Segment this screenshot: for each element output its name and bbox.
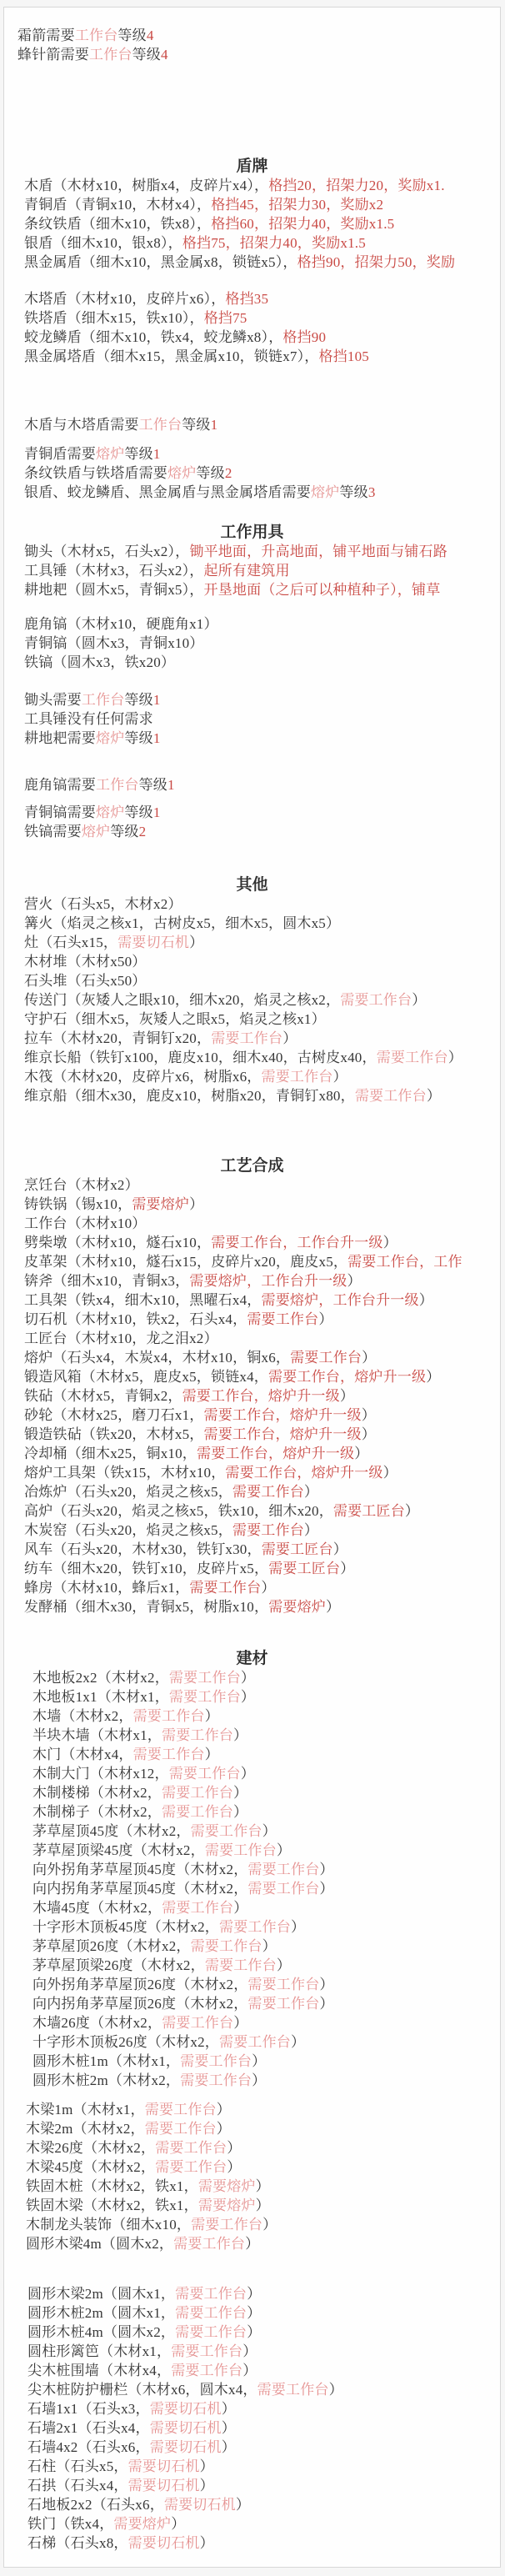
recipe-line: 锛斧（细木x10，青铜x3，需要熔炉，工作台升一级） — [4, 1271, 500, 1291]
recipe-line: 木梁45度（木材x2，需要工作台） — [4, 2158, 500, 2177]
text-segment: 需要工作台 — [232, 1522, 304, 1538]
text-segment: 茅草屋顶梁26度（木材x2， — [32, 1957, 205, 1973]
text-segment: 铁镐需要 — [24, 824, 82, 839]
spacer — [4, 672, 500, 690]
text-segment: 需要工作台 — [211, 1030, 282, 1046]
recipe-line: 鹿角镐需要工作台等级1 — [4, 775, 500, 794]
text-segment: ） — [291, 2034, 305, 2050]
text-segment: 皮革架（木材x10，燧石x15，皮碎片x20，鹿皮x5， — [24, 1254, 347, 1270]
text-segment: ） — [362, 1426, 376, 1442]
text-segment: 需要工作台 — [290, 1350, 362, 1366]
text-segment: 切石机（木材x10，铁x2，石头x4， — [24, 1311, 247, 1327]
spacer — [4, 599, 500, 614]
recipe-line: 工作台（木材x10） — [4, 1214, 500, 1233]
recipe-line: 条纹铁盾与铁塔盾需要熔炉等级2 — [4, 464, 500, 483]
spacer — [4, 64, 500, 157]
text-segment: 熔炉 — [167, 465, 196, 481]
recipe-line: 拉车（木材x20，青铜钉x20，需要工作台） — [4, 1029, 500, 1048]
recipe-line: 青铜镐需要熔炉等级1 — [4, 803, 500, 822]
text-segment: 圆形木梁4m（圆木x2， — [26, 2236, 173, 2252]
recipe-line: 耕地耙需要熔炉等级1 — [4, 729, 500, 748]
text-segment: 2 — [139, 824, 147, 839]
text-segment: 纺车（细木x20，铁钉x10，皮碎片x5， — [24, 1561, 268, 1576]
text-segment: 需要工作台 — [162, 1727, 233, 1743]
text-segment: 木梁26度（木材x2， — [26, 2140, 155, 2156]
text-segment: 圆形木梁2m（圆木x1， — [27, 2286, 175, 2302]
text-segment: 需要工作台 — [340, 992, 412, 1008]
recipe-line: 半块木墙（木材x1，需要工作台） — [4, 1726, 500, 1745]
recipe-line: 木地板1x1（木材x1，需要工作台） — [4, 1687, 500, 1706]
text-segment: 熔炉 — [82, 824, 110, 839]
text-segment: 木地板1x1（木材x1， — [32, 1689, 169, 1705]
text-segment: ） — [233, 1900, 247, 1916]
text-segment: 需要切石机 — [117, 935, 189, 950]
text-segment: 半块木墙（木材x1， — [32, 1727, 162, 1743]
text-segment: 圆形木桩2m（木材x2， — [32, 2072, 180, 2088]
text-segment: 木门（木材x4， — [32, 1747, 133, 1762]
text-segment: 需要工匠台 — [262, 1541, 333, 1557]
recipe-line: 蛟龙鳞盾（细木x10，铁x4，蛟龙鳞x8），格挡90 — [4, 328, 500, 347]
content-page: 霜箭需要工作台等级4蜂针箭需要工作台等级4盾牌木盾（木材x10，树脂x4，皮碎片… — [3, 7, 501, 2568]
text-segment: ） — [304, 1484, 318, 1500]
recipe-line: 青铜盾需要熔炉等级1 — [4, 444, 500, 464]
text-segment: ） — [200, 2478, 214, 2493]
recipe-line: 向内拐角茅草屋顶45度（木材x2，需要工作台） — [4, 1879, 500, 1898]
recipe-line: 向内拐角茅草屋顶26度（木材x2，需要工作台） — [4, 1994, 500, 2013]
text-segment: 木梁1m（木材x1， — [26, 2102, 145, 2117]
recipe-line: 圆形木桩2m（圆木x1，需要工作台） — [4, 2303, 500, 2323]
text-segment: 茅草屋顶26度（木材x2， — [32, 1938, 191, 1954]
text-segment: 需要工作台 — [162, 2015, 233, 2031]
recipe-line: 石头堆（石头x50） — [4, 971, 500, 990]
recipe-line: 工具锤没有任何需求 — [4, 709, 500, 729]
text-segment: 需要切石机 — [128, 2535, 200, 2551]
recipe-line: 铁镐需要熔炉等级2 — [4, 822, 500, 841]
text-segment: 格挡20，招架力20，奖励x1. — [268, 178, 444, 193]
text-segment: 维京长船（铁钉x100，鹿皮x10，细木x40，古树皮x40， — [24, 1050, 377, 1065]
spacer — [4, 502, 500, 523]
text-segment: 1 — [211, 417, 218, 433]
text-segment: 十字形木顶板26度（木材x2， — [32, 2034, 219, 2050]
text-segment: 工具锤没有任何需求 — [24, 711, 153, 727]
text-segment: 锻造铁砧（铁x20，木材x5， — [24, 1426, 204, 1442]
text-segment: 灶（石头x15， — [24, 935, 117, 950]
text-segment: 黑金属盾（细木x10，黑金属x8，锁链x5）， — [24, 254, 297, 270]
text-segment: 需要熔炉 — [268, 1599, 326, 1615]
recipe-line: 石墙2x1（石头x4，需要切石机） — [4, 2418, 500, 2438]
text-segment: ） — [233, 1727, 247, 1743]
recipe-line: 铸铁锅（锡x10，需要熔炉） — [4, 1195, 500, 1214]
text-segment: 霜箭需要 — [17, 28, 75, 43]
recipe-line: 风车（石头x20，木材x30，铁钉x30，需要工匠台） — [4, 1540, 500, 1559]
text-segment: ） — [319, 1881, 333, 1897]
recipe-line: 木塔盾（木材x10，皮碎片x6），格挡35 — [4, 289, 500, 308]
text-segment: 石墙1x1（石头x3， — [27, 2401, 150, 2417]
text-segment: 需要切石机 — [128, 2478, 200, 2493]
recipe-line: 木炭窑（石头x20，焰灵之核x5，需要工作台） — [4, 1521, 500, 1540]
text-segment: 需要工作台，熔炉升一级 — [268, 1369, 426, 1385]
text-segment: 需要切石机 — [150, 2420, 222, 2436]
text-segment: 银盾（细木x10，银x8）， — [24, 235, 182, 251]
text-segment: ） — [252, 2053, 266, 2069]
text-segment: 茅草屋顶45度（木材x2， — [32, 1823, 191, 1839]
spacer — [4, 748, 500, 775]
text-segment: 青铜镐需要 — [24, 804, 96, 820]
text-segment: 需要工作台，熔炉升一级 — [225, 1465, 382, 1481]
text-segment: ） — [205, 1747, 219, 1762]
recipe-line: 木制龙头装饰（细木x10，需要工作台） — [4, 2215, 500, 2234]
text-segment: ） — [412, 992, 426, 1008]
text-segment: 尖木桩围墙（木材x4， — [27, 2363, 171, 2378]
text-segment: 拉车（木材x20，青铜钉x20， — [24, 1030, 211, 1046]
recipe-line: 青铜镐（圆木x3，青铜x10） — [4, 634, 500, 653]
text-segment: 铁门（铁x4， — [27, 2516, 113, 2532]
recipe-line: 石地板2x2（石头x6，需要切石机） — [4, 2495, 500, 2514]
text-segment: 鹿角镐（木材x10，硬鹿角x1） — [24, 616, 218, 632]
text-segment: 木盾与木塔盾需要 — [24, 417, 139, 433]
text-segment: 需要熔炉 — [113, 2516, 171, 2532]
text-segment: ） — [326, 1599, 340, 1615]
text-segment: 木梁45度（木材x2， — [26, 2159, 155, 2175]
text-segment: 需要工匠台 — [268, 1561, 340, 1576]
text-segment: ） — [426, 1369, 440, 1385]
recipe-line: 木梁2m（木材x2，需要工作台） — [4, 2119, 500, 2138]
recipe-line: 木制大门（木材x12，需要工作台） — [4, 1764, 500, 1783]
recipe-line: 铁镐（圆木x3，铁x20） — [4, 653, 500, 672]
text-segment: 木墙45度（木材x2， — [32, 1900, 162, 1916]
text-segment: 需要工作台 — [247, 1977, 319, 1992]
text-segment: ） — [261, 1580, 275, 1596]
text-segment: 需要工作台 — [219, 2034, 291, 2050]
text-segment: 格挡35 — [225, 291, 268, 307]
text-segment: ） — [200, 2458, 214, 2474]
spacer — [4, 841, 500, 875]
text-segment: ） — [256, 2178, 270, 2194]
recipe-line: 木墙（木材x2，需要工作台） — [4, 1706, 500, 1726]
spacer — [4, 794, 500, 803]
recipe-line: 铁门（铁x4，需要熔炉） — [4, 2514, 500, 2533]
text-segment: 等级 — [124, 692, 152, 708]
recipe-line: 篝火（焰灵之核x1，古树皮x5，细木x5，圆木x5） — [4, 914, 500, 933]
text-segment: ） — [448, 1050, 462, 1065]
recipe-line: 守护石（细木x5，灰矮人之眼x5，焰灵之核x1） — [4, 1010, 500, 1029]
text-segment: 需要工作台 — [162, 1900, 233, 1916]
text-segment: 需要工作台，工作 — [347, 1254, 462, 1270]
text-segment: 需要工作台，熔炉升一级 — [204, 1426, 362, 1442]
text-segment: 需要熔炉 — [198, 2178, 256, 2194]
text-segment: 等级 — [124, 804, 152, 820]
text-segment: 1 — [153, 730, 161, 746]
recipe-line: 木墙45度（木材x2，需要工作台） — [4, 1898, 500, 1917]
text-segment: ） — [340, 1388, 354, 1404]
spacer — [4, 2253, 500, 2284]
text-segment: 需要工作台 — [133, 1747, 205, 1762]
text-segment: 等级 — [139, 777, 167, 793]
text-segment: ） — [383, 1235, 397, 1250]
text-segment: 等级 — [132, 47, 161, 63]
text-segment: 蜂针箭需要 — [17, 47, 89, 63]
text-segment: 尖木桩防护栅栏（木材x6，圆木x4， — [27, 2382, 257, 2398]
text-segment: 圆形木桩2m（圆木x1， — [27, 2305, 175, 2321]
text-segment: 铁砧（木材x5，青铜x2， — [24, 1388, 182, 1404]
text-segment: ） — [222, 2420, 236, 2436]
text-segment: 格挡75，招架力40，奖励x1.5 — [182, 235, 366, 251]
text-segment: ） — [262, 1823, 277, 1839]
text-segment: 工作台 — [75, 28, 118, 43]
recipe-line: 茅草屋顶45度（木材x2，需要工作台） — [4, 1822, 500, 1841]
text-segment: 铸铁锅（锡x10， — [24, 1196, 132, 1212]
text-segment: 熔炉 — [96, 804, 124, 820]
text-segment: 木墙（木材x2， — [32, 1708, 133, 1724]
text-segment: 石墙2x1（石头x4， — [27, 2420, 150, 2436]
recipe-line: 青铜盾（青铜x10，木材x4），格挡45，招架力30，奖励x2 — [4, 195, 500, 214]
recipe-line: 灶（石头x15，需要切石机） — [4, 933, 500, 952]
text-segment: 需要工作台 — [191, 1823, 262, 1839]
recipe-line: 石墙4x2（石头x6，需要切石机） — [4, 2438, 500, 2457]
text-segment: 工具架（铁x4，细木x10，黑曜石x4， — [24, 1292, 262, 1308]
spacer — [4, 272, 500, 289]
text-segment: 木墙26度（木材x2， — [32, 2015, 162, 2031]
text-segment: 需要工作台 — [377, 1050, 448, 1065]
text-segment: ） — [222, 2439, 236, 2455]
text-segment: 石地板2x2（石头x6， — [27, 2497, 164, 2513]
text-segment: 需要工作台 — [257, 2382, 329, 2398]
text-segment: 需要工作台 — [189, 1580, 261, 1596]
text-segment: 铁镐（圆木x3，铁x20） — [24, 654, 175, 670]
recipe-line: 尖木桩防护栅栏（木材x6，圆木x4，需要工作台） — [4, 2380, 500, 2399]
text-segment: 格挡105 — [319, 348, 370, 364]
text-segment: 等级 — [124, 730, 152, 746]
recipe-line: 烹饪台（木材x2） — [4, 1175, 500, 1195]
text-segment: ） — [217, 2121, 231, 2137]
text-segment: ） — [329, 2382, 343, 2398]
recipe-line: 木材堆（木材x50） — [4, 952, 500, 971]
text-segment: ） — [256, 2198, 270, 2213]
text-segment: 木制龙头装饰（细木x10， — [26, 2217, 191, 2233]
text-segment: 格挡45，招架力30，奖励x2 — [211, 197, 383, 213]
recipe-line: 锻造风箱（木材x5，鹿皮x5，锁链x4，需要工作台，熔炉升一级） — [4, 1367, 500, 1386]
text-segment: 发酵桶（细木x30，青铜x5，树脂x10， — [24, 1599, 268, 1615]
recipe-line: 鹿角镐（木材x10，硬鹿角x1） — [4, 614, 500, 634]
text-segment: ） — [242, 2363, 257, 2378]
recipe-line: 木地板2x2（木材x2，需要工作台） — [4, 1668, 500, 1687]
recipe-line: 劈柴墩（木材x10，燧石x10，需要工作台，工作台升一级） — [4, 1233, 500, 1252]
text-segment: 铁固木桩（木材x2，铁x1， — [26, 2178, 198, 2194]
text-segment: 需要工作台 — [232, 1484, 304, 1500]
recipe-line: 木制梯子（木材x2，需要工作台） — [4, 1802, 500, 1822]
recipe-line: 铁塔盾（细木x15，铁x10），格挡75 — [4, 308, 500, 328]
text-segment: 等级 — [339, 484, 367, 500]
text-segment: ） — [304, 1522, 318, 1538]
text-segment: ） — [189, 1196, 203, 1212]
text-segment: 工匠台（木材x10，龙之泪x2） — [24, 1331, 218, 1346]
text-segment: 营火（石头x5，木材x2） — [24, 896, 182, 912]
text-segment: ） — [189, 935, 203, 950]
text-segment: 需要工作台 — [155, 2159, 227, 2175]
text-segment: 木制梯子（木材x2， — [32, 1804, 162, 1820]
recipe-line: 茅草屋顶梁26度（木材x2，需要工作台） — [4, 1956, 500, 1975]
text-segment: ） — [171, 2516, 185, 2532]
text-segment: 1 — [153, 804, 161, 820]
recipe-line: 石柱（石头x5，需要切石机） — [4, 2457, 500, 2476]
text-segment: 石梯（石头x8， — [27, 2535, 128, 2551]
spacer — [4, 2090, 500, 2100]
recipe-line: 传送门（灰矮人之眼x10，细木x20，焰灵之核x2，需要工作台） — [4, 990, 500, 1010]
text-segment: 需要工作台 — [247, 1996, 319, 2012]
text-segment: 锄头需要 — [24, 692, 82, 708]
recipe-line: 发酵桶（细木x30，青铜x5，树脂x10，需要熔炉） — [4, 1597, 500, 1616]
recipe-line: 石墙1x1（石头x3，需要切石机） — [4, 2399, 500, 2418]
text-segment: 需要工作台 — [173, 2236, 245, 2252]
text-segment: 需要熔炉 — [198, 2198, 256, 2213]
recipe-line: 霜箭需要工作台等级4 — [4, 26, 500, 45]
recipe-line: 黑金属盾（细木x10，黑金属x8，锁链x5），格挡90，招架力50，奖励 — [4, 253, 500, 272]
text-segment: 守护石（细木x5，灰矮人之眼x5，焰灵之核x1） — [24, 1011, 326, 1027]
recipe-line: 木筏（木材x20，皮碎片x6，树脂x6，需要工作台） — [4, 1067, 500, 1086]
text-segment: ） — [205, 1708, 219, 1724]
text-segment: 十字形木顶板45度（木材x2， — [32, 1919, 219, 1935]
recipe-line: 工具锤（木材x3，石头x2），起所有建筑用 — [4, 561, 500, 580]
text-segment: ） — [233, 1785, 247, 1801]
text-segment: 需要工作台 — [191, 1938, 262, 1954]
text-segment: 石柱（石头x5， — [27, 2458, 128, 2474]
text-segment: 工作台 — [82, 692, 125, 708]
text-segment: 木梁2m（木材x2， — [26, 2121, 145, 2137]
text-segment: 熔炉（石头x4，木炭x4，木材x10，铜x6， — [24, 1350, 290, 1366]
text-segment: ） — [362, 1407, 376, 1423]
text-segment: 鹿角镐需要 — [24, 777, 96, 793]
text-segment: 需要熔炉，工作台升一级 — [262, 1292, 419, 1308]
recipe-line: 条纹铁盾（细木x10，铁x8），格挡60，招架力40，奖励x1.5 — [4, 214, 500, 233]
recipe-line: 工匠台（木材x10，龙之泪x2） — [4, 1329, 500, 1348]
recipe-line: 木梁1m（木材x1，需要工作台） — [4, 2100, 500, 2119]
recipe-line: 十字形木顶板45度（木材x2，需要工作台） — [4, 1917, 500, 1937]
text-segment: 木地板2x2（木材x2， — [32, 1670, 169, 1686]
text-segment: 需要工作台 — [175, 2305, 247, 2321]
text-segment: ） — [383, 1465, 397, 1481]
text-segment: 工具锤（木材x3，石头x2）， — [24, 563, 204, 579]
section-heading: 建材 — [4, 1649, 500, 1668]
text-segment: 圆形木桩4m（圆木x2， — [27, 2324, 175, 2340]
text-segment: 石拱（石头x4， — [27, 2478, 128, 2493]
text-segment: ） — [340, 1561, 354, 1576]
recipe-line: 锄头（木材x5，石头x2），锄平地面，升高地面，铺平地面与铺石路 — [4, 542, 500, 561]
text-segment: 1 — [153, 692, 161, 708]
text-segment: 格挡90，招架力50，奖励 — [297, 254, 456, 270]
text-segment: 需要工作台 — [169, 1670, 241, 1686]
recipe-line: 木梁26度（木材x2，需要工作台） — [4, 2138, 500, 2158]
text-segment: ） — [247, 2305, 261, 2321]
text-segment: 开垦地面（之后可以种植种子），铺草 — [204, 582, 441, 598]
text-segment: ） — [262, 1938, 277, 1954]
text-segment: ） — [200, 2535, 214, 2551]
recipe-line: 维京长船（铁钉x100，鹿皮x10，细木x40，古树皮x40，需要工作台） — [4, 1048, 500, 1067]
recipe-line: 冷却桶（细木x25，铜x10，需要工作台，熔炉升一级） — [4, 1444, 500, 1463]
text-segment: 木塔盾（木材x10，皮碎片x6）， — [24, 291, 225, 307]
text-segment: 向内拐角茅草屋顶45度（木材x2， — [32, 1881, 247, 1897]
text-segment: 格挡60，招架力40，奖励x1.5 — [211, 216, 394, 232]
recipe-line: 圆形木桩1m（木材x1，需要工作台） — [4, 2052, 500, 2071]
text-segment: 锻造风箱（木材x5，鹿皮x5，锁链x4， — [24, 1369, 268, 1385]
text-segment: 锄平地面，升高地面，铺平地面与铺石路 — [189, 544, 447, 559]
text-segment: 需要工作台 — [180, 2053, 252, 2069]
text-segment: ） — [252, 2072, 266, 2088]
text-segment: 工作台（木材x10） — [24, 1215, 147, 1231]
text-segment: 木材堆（木材x50） — [24, 954, 147, 970]
recipe-line: 营火（石头x5，木材x2） — [4, 895, 500, 914]
text-segment: 等级 — [117, 28, 146, 43]
text-segment: ） — [242, 2343, 257, 2359]
recipe-line: 十字形木顶板26度（木材x2，需要工作台） — [4, 2032, 500, 2052]
recipe-line: 熔炉（石头x4，木炭x4，木材x10，铜x6，需要工作台） — [4, 1348, 500, 1367]
text-segment: 耕地耙需要 — [24, 730, 96, 746]
text-segment: 需要工作台，熔炉升一级 — [197, 1446, 354, 1461]
recipe-line: 锻造铁砧（铁x20，木材x5，需要工作台，熔炉升一级） — [4, 1425, 500, 1444]
text-segment: ） — [277, 1957, 291, 1973]
recipe-line: 砂轮（木材x25，磨刀石x1，需要工作台，熔炉升一级） — [4, 1406, 500, 1425]
text-segment: ） — [354, 1446, 368, 1461]
section-heading: 盾牌 — [4, 157, 500, 176]
text-segment: 茅草屋顶梁45度（木材x2， — [32, 1842, 205, 1858]
text-segment: ） — [247, 2324, 261, 2340]
text-segment: 需要工作台 — [133, 1708, 205, 1724]
text-segment: ） — [319, 1977, 333, 1992]
recipe-line: 圆形木桩2m（木材x2，需要工作台） — [4, 2071, 500, 2090]
recipe-line: 茅草屋顶梁45度（木材x2，需要工作台） — [4, 1841, 500, 1860]
text-segment: 木炭窑（石头x20，焰灵之核x5， — [24, 1522, 232, 1538]
text-segment: 青铜镐（圆木x3，青铜x10） — [24, 635, 204, 651]
text-segment: 需要工作台 — [191, 2217, 262, 2233]
text-segment: 4 — [161, 47, 168, 63]
text-segment: ） — [227, 2140, 241, 2156]
recipe-line: 锄头需要工作台等级1 — [4, 690, 500, 709]
text-segment: 需要切石机 — [164, 2497, 236, 2513]
recipe-line: 石梯（石头x8，需要切石机） — [4, 2533, 500, 2553]
text-segment: 青铜盾需要 — [24, 446, 96, 462]
text-segment: ） — [241, 1689, 255, 1705]
recipe-line: 切石机（木材x10，铁x2，石头x4，需要工作台） — [4, 1310, 500, 1329]
text-segment: 熔炉 — [96, 730, 124, 746]
text-segment: ） — [217, 2102, 231, 2117]
text-segment: 木制楼梯（木材x2， — [32, 1785, 162, 1801]
text-segment: 传送门（灰矮人之眼x10，细木x20，焰灵之核x2， — [24, 992, 340, 1008]
recipe-line: 银盾（细木x10，银x8），格挡75，招架力40，奖励x1.5 — [4, 233, 500, 253]
text-segment: 高炉（石头x20，焰灵之核x5，铁x10，细木x20， — [24, 1503, 333, 1519]
recipe-line: 茅草屋顶26度（木材x2，需要工作台） — [4, 1937, 500, 1956]
text-segment: 篝火（焰灵之核x1，古树皮x5，细木x5，圆木x5） — [24, 915, 340, 931]
text-segment: 石头堆（石头x50） — [24, 973, 147, 989]
text-segment: 需要工作台 — [145, 2102, 217, 2117]
text-segment: ） — [405, 1503, 419, 1519]
recipe-line: 银盾、蛟龙鳞盾、黑金属盾与黑金属塔盾需要熔炉等级3 — [4, 483, 500, 502]
text-segment: ） — [222, 2401, 236, 2417]
text-segment: 需要工作台 — [155, 2140, 227, 2156]
text-segment: ） — [227, 2159, 241, 2175]
text-segment: 向外拐角茅草屋顶26度（木材x2， — [32, 1977, 247, 1992]
text-segment: 4 — [147, 28, 154, 43]
text-segment: ） — [427, 1088, 441, 1104]
text-segment: 需要熔炉 — [132, 1196, 189, 1212]
text-segment: ） — [291, 1919, 305, 1935]
text-segment: ） — [333, 1069, 347, 1085]
text-segment: 蛟龙鳞盾（细木x10，铁x4，蛟龙鳞x8）， — [24, 329, 282, 345]
recipe-line: 蜂房（木材x10，蜂后x1，需要工作台） — [4, 1578, 500, 1597]
text-segment: ） — [245, 2236, 259, 2252]
recipe-line: 冶炼炉（石头x20，焰灵之核x5，需要工作台） — [4, 1482, 500, 1501]
recipe-line: 尖木桩围墙（木材x4，需要工作台） — [4, 2361, 500, 2380]
text-segment: 铁固木梁（木材x2，铁x1， — [26, 2198, 198, 2213]
text-segment: 2 — [225, 465, 232, 481]
